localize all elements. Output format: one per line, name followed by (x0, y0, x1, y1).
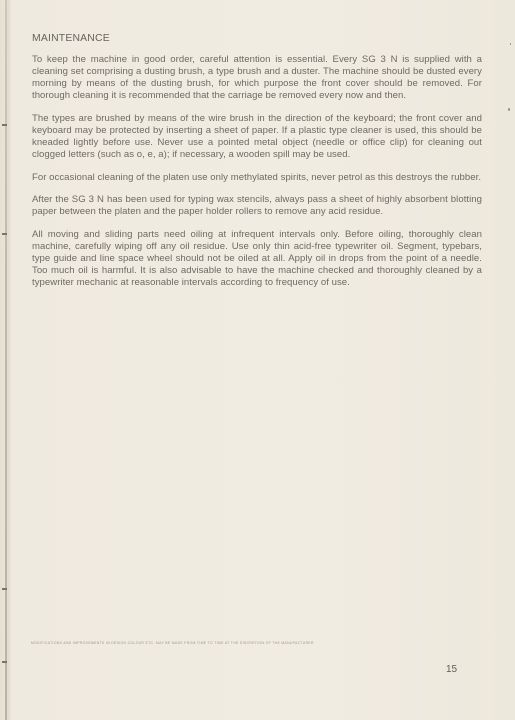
binding-shadow (7, 0, 10, 720)
document-body: MAINTENANCE To keep the machine in good … (32, 33, 482, 300)
paper-speck (508, 108, 510, 111)
page-number: 15 (446, 664, 457, 675)
margin-mark (2, 588, 7, 590)
scanned-page: MAINTENANCE To keep the machine in good … (0, 0, 515, 720)
section-heading: MAINTENANCE (32, 33, 482, 44)
paragraph-oiling: All moving and sliding parts need oiling… (32, 229, 482, 289)
margin-mark (2, 233, 7, 235)
margin-mark (2, 124, 7, 126)
paragraph-type-brushing: The types are brushed by means of the wi… (32, 113, 482, 161)
paragraph-platen-cleaning: For occasional cleaning of the platen us… (32, 172, 482, 184)
paragraph-cleaning-set: To keep the machine in good order, caref… (32, 54, 482, 102)
paper-speck (510, 43, 511, 45)
footer-disclaimer: Modifications and improvements in design… (31, 641, 314, 645)
margin-mark (2, 661, 7, 663)
paragraph-wax-stencils: After the SG 3 N has been used for typin… (32, 194, 482, 218)
